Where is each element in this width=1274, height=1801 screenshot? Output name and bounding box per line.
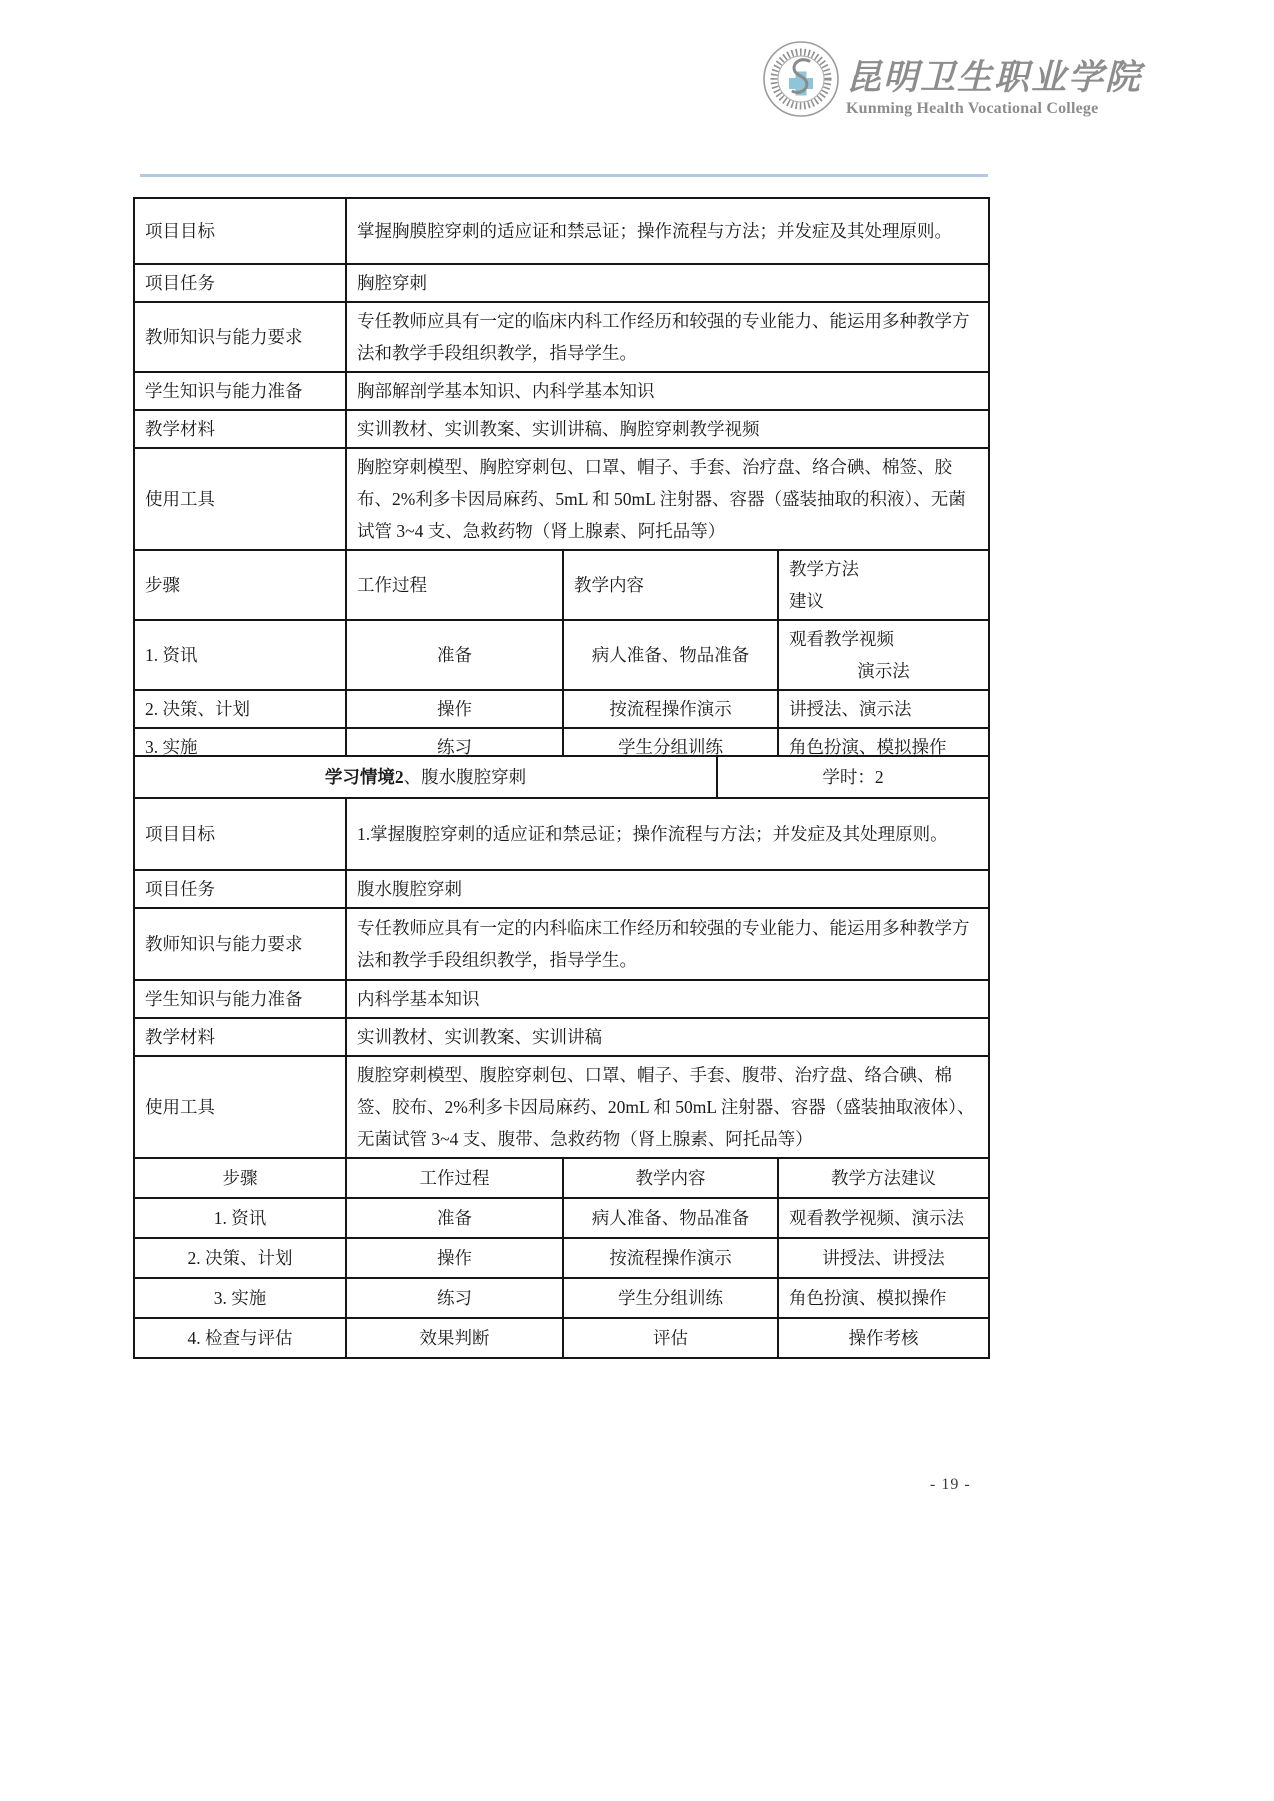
row-value: 胸部解剖学基本知识、内科学基本知识 — [345, 373, 988, 409]
scenario-hours: 学时：2 — [716, 757, 988, 797]
step-process: 操作 — [345, 1239, 562, 1277]
step-method-line2: 演示法 — [789, 655, 978, 687]
steps-header-row: 步骤 工作过程 教学内容 教学方法 建议 — [135, 549, 988, 619]
col-header-content: 教学内容 — [562, 1159, 777, 1197]
step-content: 病人准备、物品准备 — [562, 621, 777, 689]
table-thoracentesis: 项目目标 掌握胸膜腔穿刺的适应证和禁忌证；操作流程与方法；并发症及其处理原则。 … — [133, 197, 990, 805]
col-header-step: 步骤 — [135, 1159, 345, 1197]
row-label: 学生知识与能力准备 — [135, 373, 345, 409]
step-process: 准备 — [345, 621, 562, 689]
table-row: 使用工具 胸腔穿刺模型、胸腔穿刺包、口罩、帽子、手套、治疗盘、络合碘、棉签、胶布… — [135, 447, 988, 549]
table-paracentesis: 学习情境2、腹水腹腔穿刺 学时：2 项目目标 1.掌握腹腔穿刺的适应证和禁忌证；… — [133, 755, 990, 1359]
scenario-header-row: 学习情境2、腹水腹腔穿刺 学时：2 — [135, 757, 988, 797]
step-name: 4. 检查与评估 — [135, 1319, 345, 1357]
row-value: 胸腔穿刺模型、胸腔穿刺包、口罩、帽子、手套、治疗盘、络合碘、棉签、胶布、2%利多… — [345, 449, 988, 549]
col-header-method: 教学方法建议 — [777, 1159, 988, 1197]
step-name: 2. 决策、计划 — [135, 1239, 345, 1277]
row-label: 使用工具 — [135, 449, 345, 549]
table-row: 使用工具 腹腔穿刺模型、腹腔穿刺包、口罩、帽子、手套、腹带、治疗盘、络合碘、棉签… — [135, 1055, 988, 1157]
step-content: 病人准备、物品准备 — [562, 1199, 777, 1237]
step-process: 准备 — [345, 1199, 562, 1237]
step-row: 4. 检查与评估 效果判断 评估 操作考核 — [135, 1317, 988, 1357]
row-label: 教学材料 — [135, 1019, 345, 1055]
step-row: 2. 决策、计划 操作 按流程操作演示 讲授法、演示法 — [135, 689, 988, 727]
step-name: 3. 实施 — [135, 1279, 345, 1317]
scenario-title-number: 学习情境2 — [325, 761, 404, 793]
table-row: 教师知识与能力要求 专任教师应具有一定的内科临床工作经历和较强的专业能力、能运用… — [135, 907, 988, 979]
step-content: 按流程操作演示 — [562, 691, 777, 727]
col-header-method-line1: 教学方法 — [789, 553, 859, 585]
col-header-process: 工作过程 — [345, 551, 562, 619]
row-value: 实训教材、实训教案、实训讲稿 — [345, 1019, 988, 1055]
row-value: 腹水腹腔穿刺 — [345, 871, 988, 907]
col-header-method-line2: 建议 — [789, 585, 824, 617]
step-name: 1. 资讯 — [135, 621, 345, 689]
step-method: 角色扮演、模拟操作 — [777, 1279, 988, 1317]
row-value: 实训教材、实训教案、实训讲稿、胸腔穿刺教学视频 — [345, 411, 988, 447]
step-name: 1. 资讯 — [135, 1199, 345, 1237]
table-row: 项目目标 掌握胸膜腔穿刺的适应证和禁忌证；操作流程与方法；并发症及其处理原则。 — [135, 199, 988, 263]
row-value: 专任教师应具有一定的内科临床工作经历和较强的专业能力、能运用多种教学方法和教学手… — [345, 909, 988, 979]
row-label: 项目任务 — [135, 871, 345, 907]
col-header-content: 教学内容 — [562, 551, 777, 619]
step-method: 讲授法、演示法 — [777, 691, 988, 727]
row-label: 学生知识与能力准备 — [135, 981, 345, 1017]
table-row: 项目任务 腹水腹腔穿刺 — [135, 869, 988, 907]
step-method: 操作考核 — [777, 1319, 988, 1357]
college-name-en: Kunming Health Vocational College — [846, 100, 1106, 118]
step-row: 3. 实施 练习 学生分组训练 角色扮演、模拟操作 — [135, 1277, 988, 1317]
table-row: 学生知识与能力准备 内科学基本知识 — [135, 979, 988, 1017]
step-row: 1. 资讯 准备 病人准备、物品准备 观看教学视频 演示法 — [135, 619, 988, 689]
table-row: 教学材料 实训教材、实训教案、实训讲稿 — [135, 1017, 988, 1055]
row-value: 1.掌握腹腔穿刺的适应证和禁忌证；操作流程与方法；并发症及其处理原则。 — [345, 799, 988, 869]
step-row: 1. 资讯 准备 病人准备、物品准备 观看教学视频、演示法 — [135, 1197, 988, 1237]
step-process: 操作 — [345, 691, 562, 727]
col-header-process: 工作过程 — [345, 1159, 562, 1197]
table-row: 学生知识与能力准备 胸部解剖学基本知识、内科学基本知识 — [135, 371, 988, 409]
steps-header-row: 步骤 工作过程 教学内容 教学方法建议 — [135, 1157, 988, 1197]
row-label: 项目目标 — [135, 199, 345, 263]
row-value: 内科学基本知识 — [345, 981, 988, 1017]
college-name-zh: 昆明卫生职业学院 — [846, 50, 1096, 100]
college-seal-icon — [762, 40, 840, 118]
header-divider — [140, 174, 988, 177]
step-method: 观看教学视频、演示法 — [777, 1199, 988, 1237]
step-content: 评估 — [562, 1319, 777, 1357]
col-header-method: 教学方法 建议 — [777, 551, 988, 619]
row-value: 掌握胸膜腔穿刺的适应证和禁忌证；操作流程与方法；并发症及其处理原则。 — [345, 199, 988, 263]
table-row: 教师知识与能力要求 专任教师应具有一定的临床内科工作经历和较强的专业能力、能运用… — [135, 301, 988, 371]
step-name: 2. 决策、计划 — [135, 691, 345, 727]
step-process: 练习 — [345, 1279, 562, 1317]
step-method: 讲授法、讲授法 — [777, 1239, 988, 1277]
table-row: 教学材料 实训教材、实训教案、实训讲稿、胸腔穿刺教学视频 — [135, 409, 988, 447]
page-number: - 19 - — [930, 1476, 971, 1494]
scenario-title: 学习情境2、腹水腹腔穿刺 — [135, 757, 716, 797]
step-content: 学生分组训练 — [562, 1279, 777, 1317]
row-label: 项目任务 — [135, 265, 345, 301]
step-method: 观看教学视频 演示法 — [777, 621, 988, 689]
row-value: 腹腔穿刺模型、腹腔穿刺包、口罩、帽子、手套、腹带、治疗盘、络合碘、棉签、胶布、2… — [345, 1057, 988, 1157]
table-row: 项目目标 1.掌握腹腔穿刺的适应证和禁忌证；操作流程与方法；并发症及其处理原则。 — [135, 797, 988, 869]
row-label: 使用工具 — [135, 1057, 345, 1157]
row-label: 教学材料 — [135, 411, 345, 447]
step-method-line1: 观看教学视频 — [789, 623, 894, 655]
row-label: 教师知识与能力要求 — [135, 303, 345, 371]
row-label: 教师知识与能力要求 — [135, 909, 345, 979]
step-row: 2. 决策、计划 操作 按流程操作演示 讲授法、讲授法 — [135, 1237, 988, 1277]
table-row: 项目任务 胸腔穿刺 — [135, 263, 988, 301]
scenario-title-text: 、腹水腹腔穿刺 — [404, 761, 527, 793]
row-value: 专任教师应具有一定的临床内科工作经历和较强的专业能力、能运用多种教学方法和教学手… — [345, 303, 988, 371]
step-content: 按流程操作演示 — [562, 1239, 777, 1277]
document-page: 昆明卫生职业学院 Kunming Health Vocational Colle… — [0, 0, 1274, 1801]
step-process: 效果判断 — [345, 1319, 562, 1357]
row-value: 胸腔穿刺 — [345, 265, 988, 301]
col-header-step: 步骤 — [135, 551, 345, 619]
row-label: 项目目标 — [135, 799, 345, 869]
